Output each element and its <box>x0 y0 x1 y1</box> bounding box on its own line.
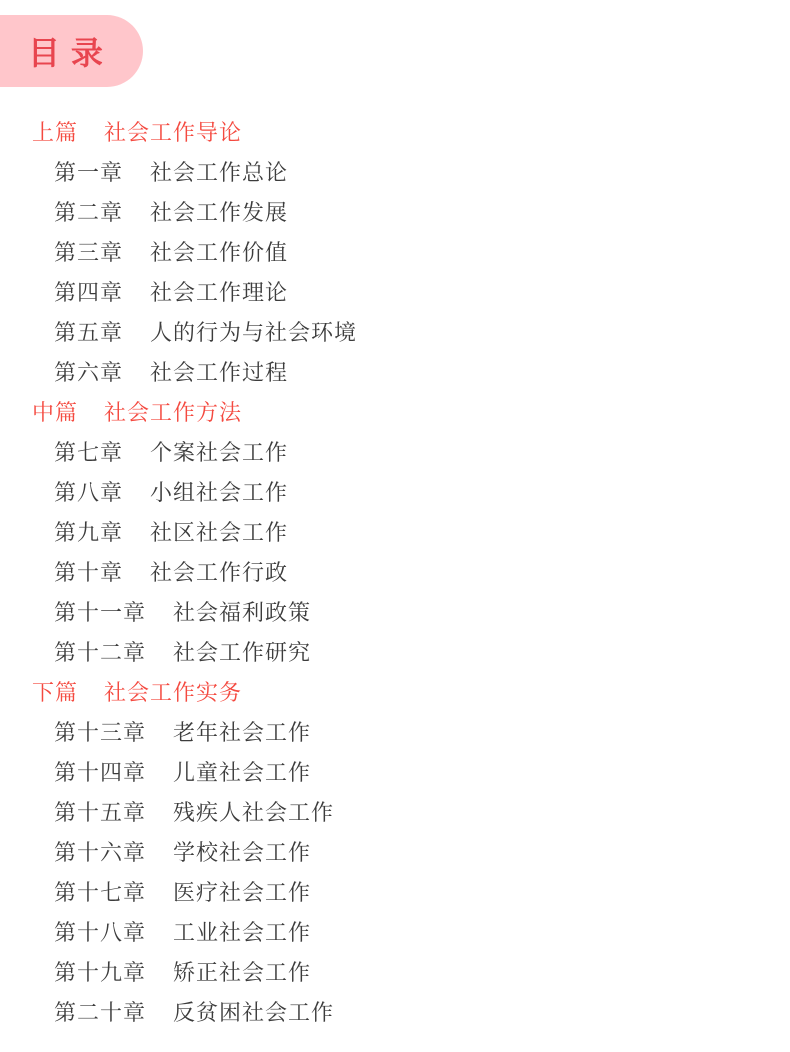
toc-entry-title: 社会福利政策 <box>173 596 311 627</box>
toc-chapter-row[interactable]: 第十四章 儿童社会工作 <box>0 751 790 791</box>
toc-entry-title: 医疗社会工作 <box>173 876 311 907</box>
toc-entry-label: 第三章 <box>54 236 123 267</box>
toc-entry-label: 第十五章 <box>54 796 146 827</box>
toc-entry-label: 第一章 <box>54 156 123 187</box>
toc-part-row[interactable]: 下篇 社会工作实务 <box>0 671 790 711</box>
toc-chapter-row[interactable]: 第六章 社会工作过程 <box>0 351 790 391</box>
toc-entry-title: 学校社会工作 <box>173 836 311 867</box>
toc-entry-title: 矫正社会工作 <box>173 956 311 987</box>
toc-chapter-row[interactable]: 第十章 社会工作行政 <box>0 551 790 591</box>
toc-chapter-row[interactable]: 第三章 社会工作价值 <box>0 231 790 271</box>
toc-entry-title: 社会工作价值 <box>150 236 288 267</box>
toc-chapter-row[interactable]: 第十九章 矫正社会工作 <box>0 951 790 991</box>
toc-chapter-row[interactable]: 第八章 小组社会工作 <box>0 471 790 511</box>
toc-chapter-row[interactable]: 第四章 社会工作理论 <box>0 271 790 311</box>
toc-entry-label: 第十六章 <box>54 836 146 867</box>
toc-entry-title: 小组社会工作 <box>150 476 288 507</box>
toc-chapter-row[interactable]: 第十三章 老年社会工作 <box>0 711 790 751</box>
toc-chapter-row[interactable]: 第十一章 社会福利政策 <box>0 591 790 631</box>
toc-chapter-row[interactable]: 第二十章 反贫困社会工作 <box>0 991 790 1031</box>
toc-chapter-row[interactable]: 第十八章 工业社会工作 <box>0 911 790 951</box>
toc-entry-title: 社会工作总论 <box>150 156 288 187</box>
toc-entry-label: 第十八章 <box>54 916 146 947</box>
toc-entry-label: 下篇 <box>32 676 78 707</box>
toc-entry-title: 工业社会工作 <box>173 916 311 947</box>
toc-entry-title: 反贫困社会工作 <box>173 996 334 1027</box>
toc-entry-title: 社会工作方法 <box>104 396 242 427</box>
toc-entry-title: 老年社会工作 <box>173 716 311 747</box>
toc-header-title: 目 录 <box>28 28 104 74</box>
toc-part-row[interactable]: 中篇 社会工作方法 <box>0 391 790 431</box>
toc-entry-label: 上篇 <box>32 116 78 147</box>
toc-list: 上篇 社会工作导论 第一章 社会工作总论 第二章 社会工作发展 第三章 社会工作… <box>0 111 790 1031</box>
toc-entry-title: 社会工作实务 <box>104 676 242 707</box>
toc-entry-label: 第十一章 <box>54 596 146 627</box>
toc-entry-label: 第十三章 <box>54 716 146 747</box>
toc-entry-label: 第二十章 <box>54 996 146 1027</box>
toc-entry-title: 社会工作研究 <box>173 636 311 667</box>
toc-entry-label: 第十九章 <box>54 956 146 987</box>
toc-entry-label: 第十七章 <box>54 876 146 907</box>
toc-chapter-row[interactable]: 第二章 社会工作发展 <box>0 191 790 231</box>
toc-part-row[interactable]: 上篇 社会工作导论 <box>0 111 790 151</box>
toc-entry-label: 第九章 <box>54 516 123 547</box>
toc-entry-title: 社会工作导论 <box>104 116 242 147</box>
toc-entry-label: 中篇 <box>32 396 78 427</box>
toc-chapter-row[interactable]: 第九章 社区社会工作 <box>0 511 790 551</box>
toc-entry-label: 第十二章 <box>54 636 146 667</box>
toc-entry-title: 个案社会工作 <box>150 436 288 467</box>
toc-entry-label: 第二章 <box>54 196 123 227</box>
toc-entry-title: 社会工作理论 <box>150 276 288 307</box>
toc-entry-label: 第八章 <box>54 476 123 507</box>
toc-entry-label: 第十章 <box>54 556 123 587</box>
toc-entry-label: 第六章 <box>54 356 123 387</box>
toc-entry-label: 第四章 <box>54 276 123 307</box>
toc-entry-title: 社会工作发展 <box>150 196 288 227</box>
toc-entry-label: 第五章 <box>54 316 123 347</box>
toc-entry-title: 社会工作过程 <box>150 356 288 387</box>
toc-entry-title: 人的行为与社会环境 <box>150 316 357 347</box>
toc-header-badge: 目 录 <box>0 15 143 87</box>
toc-entry-label: 第七章 <box>54 436 123 467</box>
toc-chapter-row[interactable]: 第七章 个案社会工作 <box>0 431 790 471</box>
toc-chapter-row[interactable]: 第十六章 学校社会工作 <box>0 831 790 871</box>
toc-chapter-row[interactable]: 第一章 社会工作总论 <box>0 151 790 191</box>
toc-chapter-row[interactable]: 第十五章 残疾人社会工作 <box>0 791 790 831</box>
toc-entry-title: 残疾人社会工作 <box>173 796 334 827</box>
toc-entry-title: 社会工作行政 <box>150 556 288 587</box>
toc-entry-label: 第十四章 <box>54 756 146 787</box>
toc-entry-title: 社区社会工作 <box>150 516 288 547</box>
toc-chapter-row[interactable]: 第十七章 医疗社会工作 <box>0 871 790 911</box>
toc-entry-title: 儿童社会工作 <box>173 756 311 787</box>
toc-chapter-row[interactable]: 第十二章 社会工作研究 <box>0 631 790 671</box>
toc-chapter-row[interactable]: 第五章 人的行为与社会环境 <box>0 311 790 351</box>
